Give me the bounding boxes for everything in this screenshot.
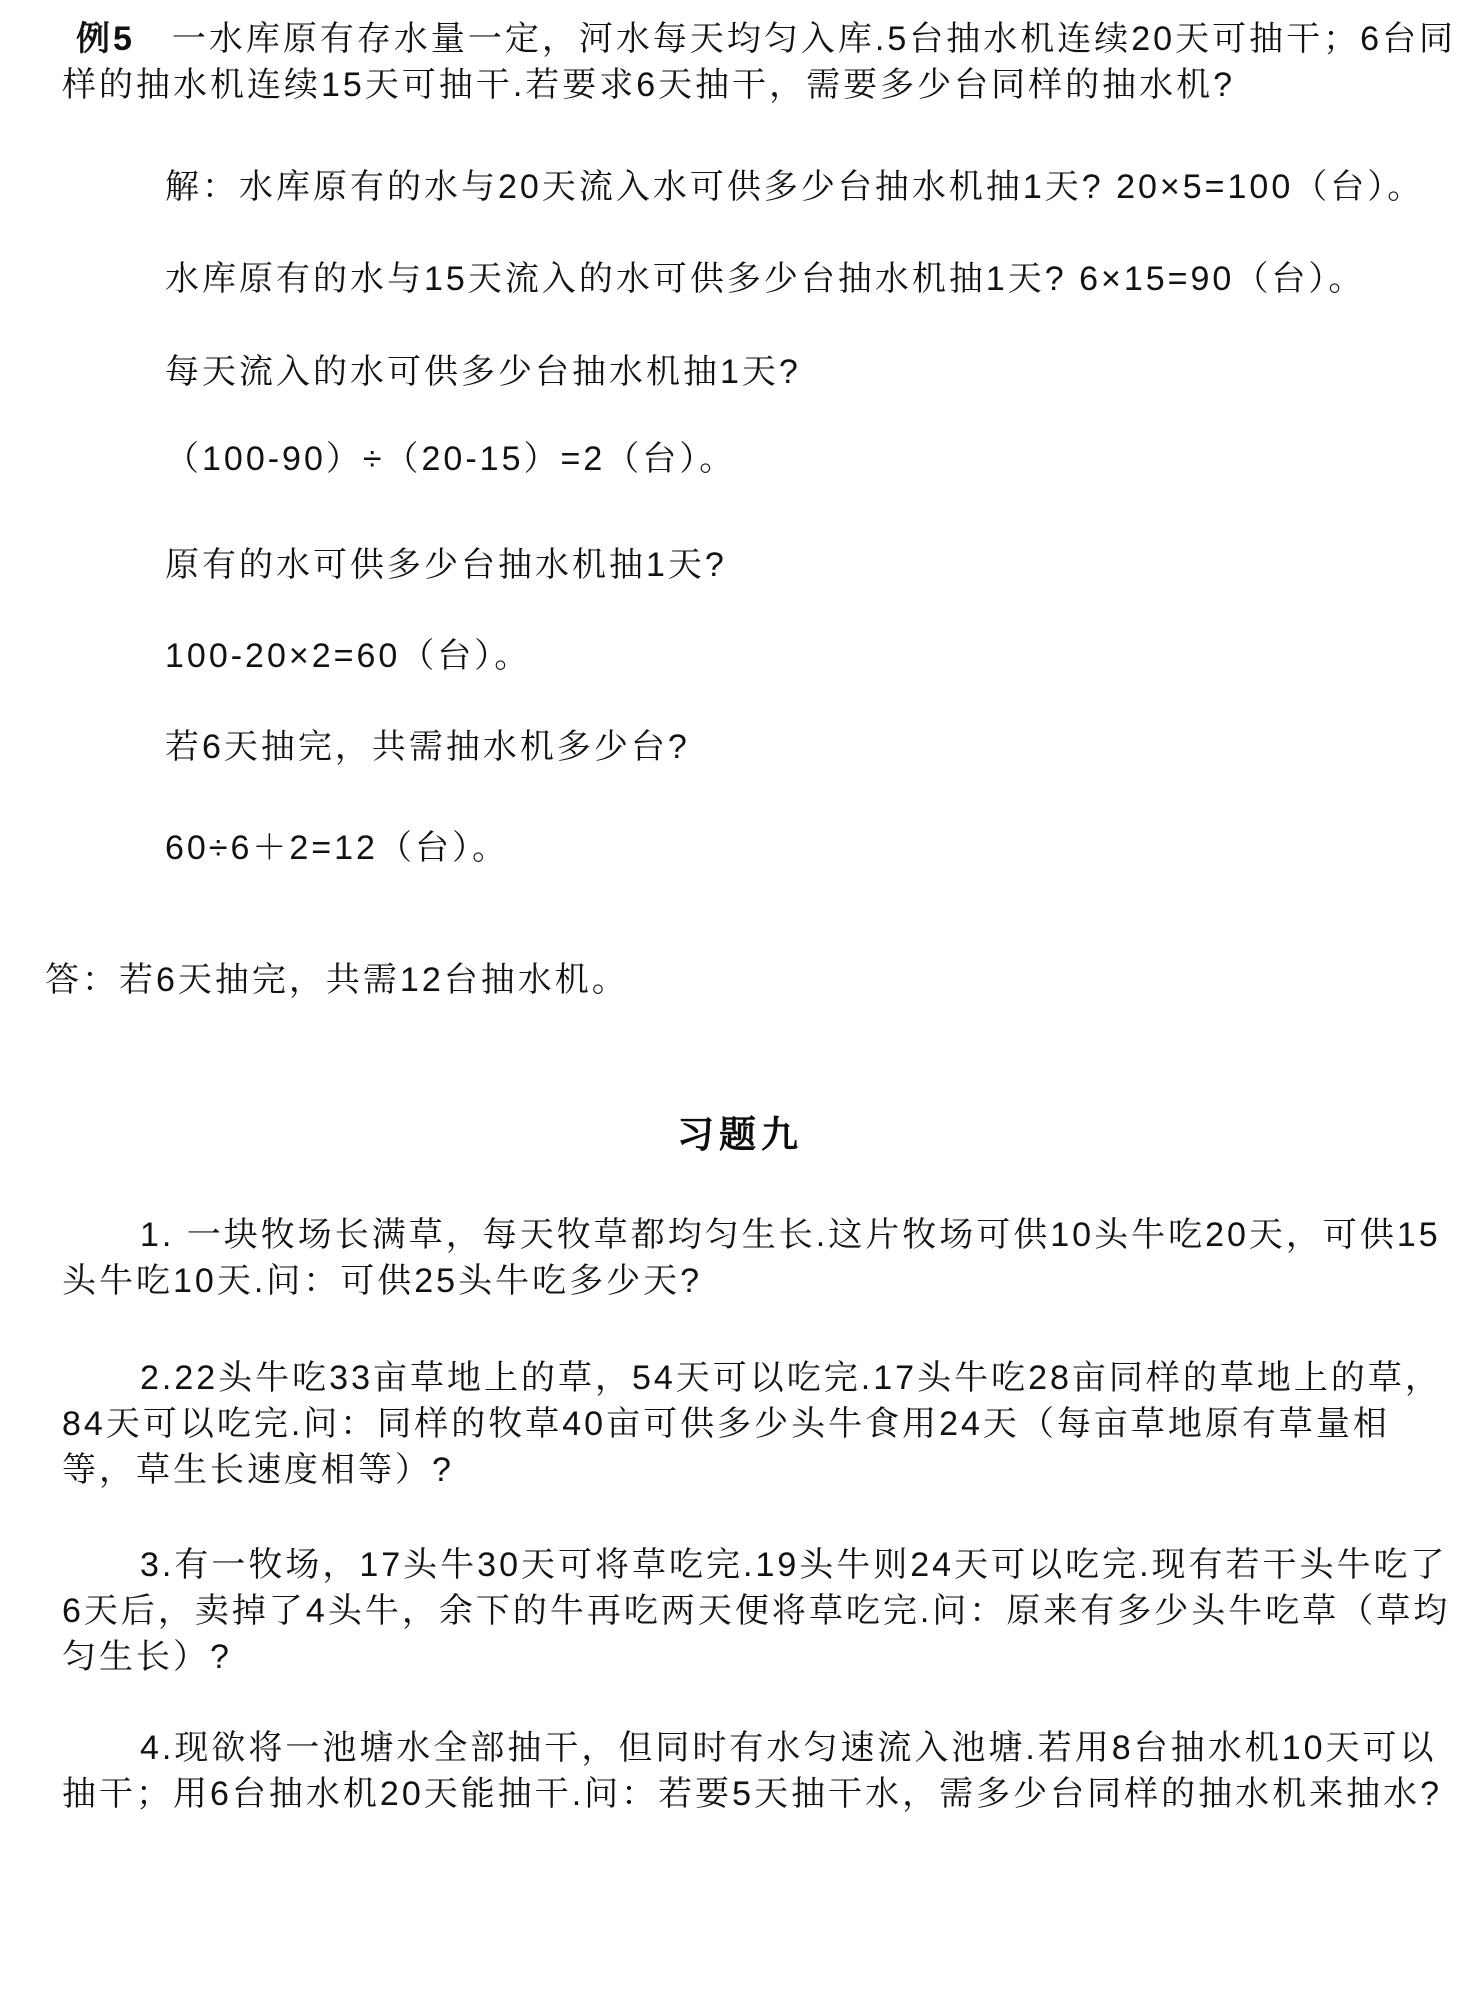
solution-lead: 解：水库原有的水与20天流入水可供多少台抽水机抽1天? 20×5=100（台）。 [62, 164, 1462, 210]
exercises-heading: 习题九 [62, 1111, 1418, 1159]
exercise-problem-4: 4.现欲将一池塘水全部抽干，但同时有水匀速流入池塘.若用8台抽水机10天可以抽干… [62, 1725, 1462, 1817]
example-problem-text: 一水库原有存水量一定，河水每天均匀入库.5台抽水机连续20天可抽干；6台同样的抽… [62, 20, 1456, 104]
solution-formula: （100-90）÷（20-15）=2（台）。 [62, 436, 1462, 482]
example-label: 例5 [76, 20, 135, 58]
solution-step: 原有的水可供多少台抽水机抽1天? [62, 542, 1462, 588]
solution-step: 若6天抽完，共需抽水机多少台? [62, 724, 1462, 770]
exercise-problem-3: 3.有一牧场，17头牛30天可将草吃完.19头牛则24天可以吃完.现有若干头牛吃… [62, 1542, 1462, 1680]
exercise-problem-2: 2.22头牛吃33亩草地上的草，54天可以吃完.17头牛吃28亩同样的草地上的草… [62, 1355, 1462, 1493]
example-problem: 例5 一水库原有存水量一定，河水每天均匀入库.5台抽水机连续20天可抽干；6台同… [62, 16, 1462, 108]
solution-answer: 答：若6天抽完，共需12台抽水机。 [45, 957, 1462, 1003]
solution-step: 水库原有的水与15天流入的水可供多少台抽水机抽1天? 6×15=90（台）。 [62, 256, 1462, 302]
textbook-page: 例5 一水库原有存水量一定，河水每天均匀入库.5台抽水机连续20天可抽干；6台同… [0, 0, 1480, 2014]
solution-formula: 60÷6＋2=12（台）。 [62, 825, 1462, 871]
solution-formula: 100-20×2=60（台）。 [62, 633, 1462, 679]
solution-step: 每天流入的水可供多少台抽水机抽1天? [62, 349, 1462, 395]
exercise-problem-1: 1. 一块牧场长满草，每天牧草都均匀生长.这片牧场可供10头牛吃20天，可供15… [62, 1212, 1462, 1304]
